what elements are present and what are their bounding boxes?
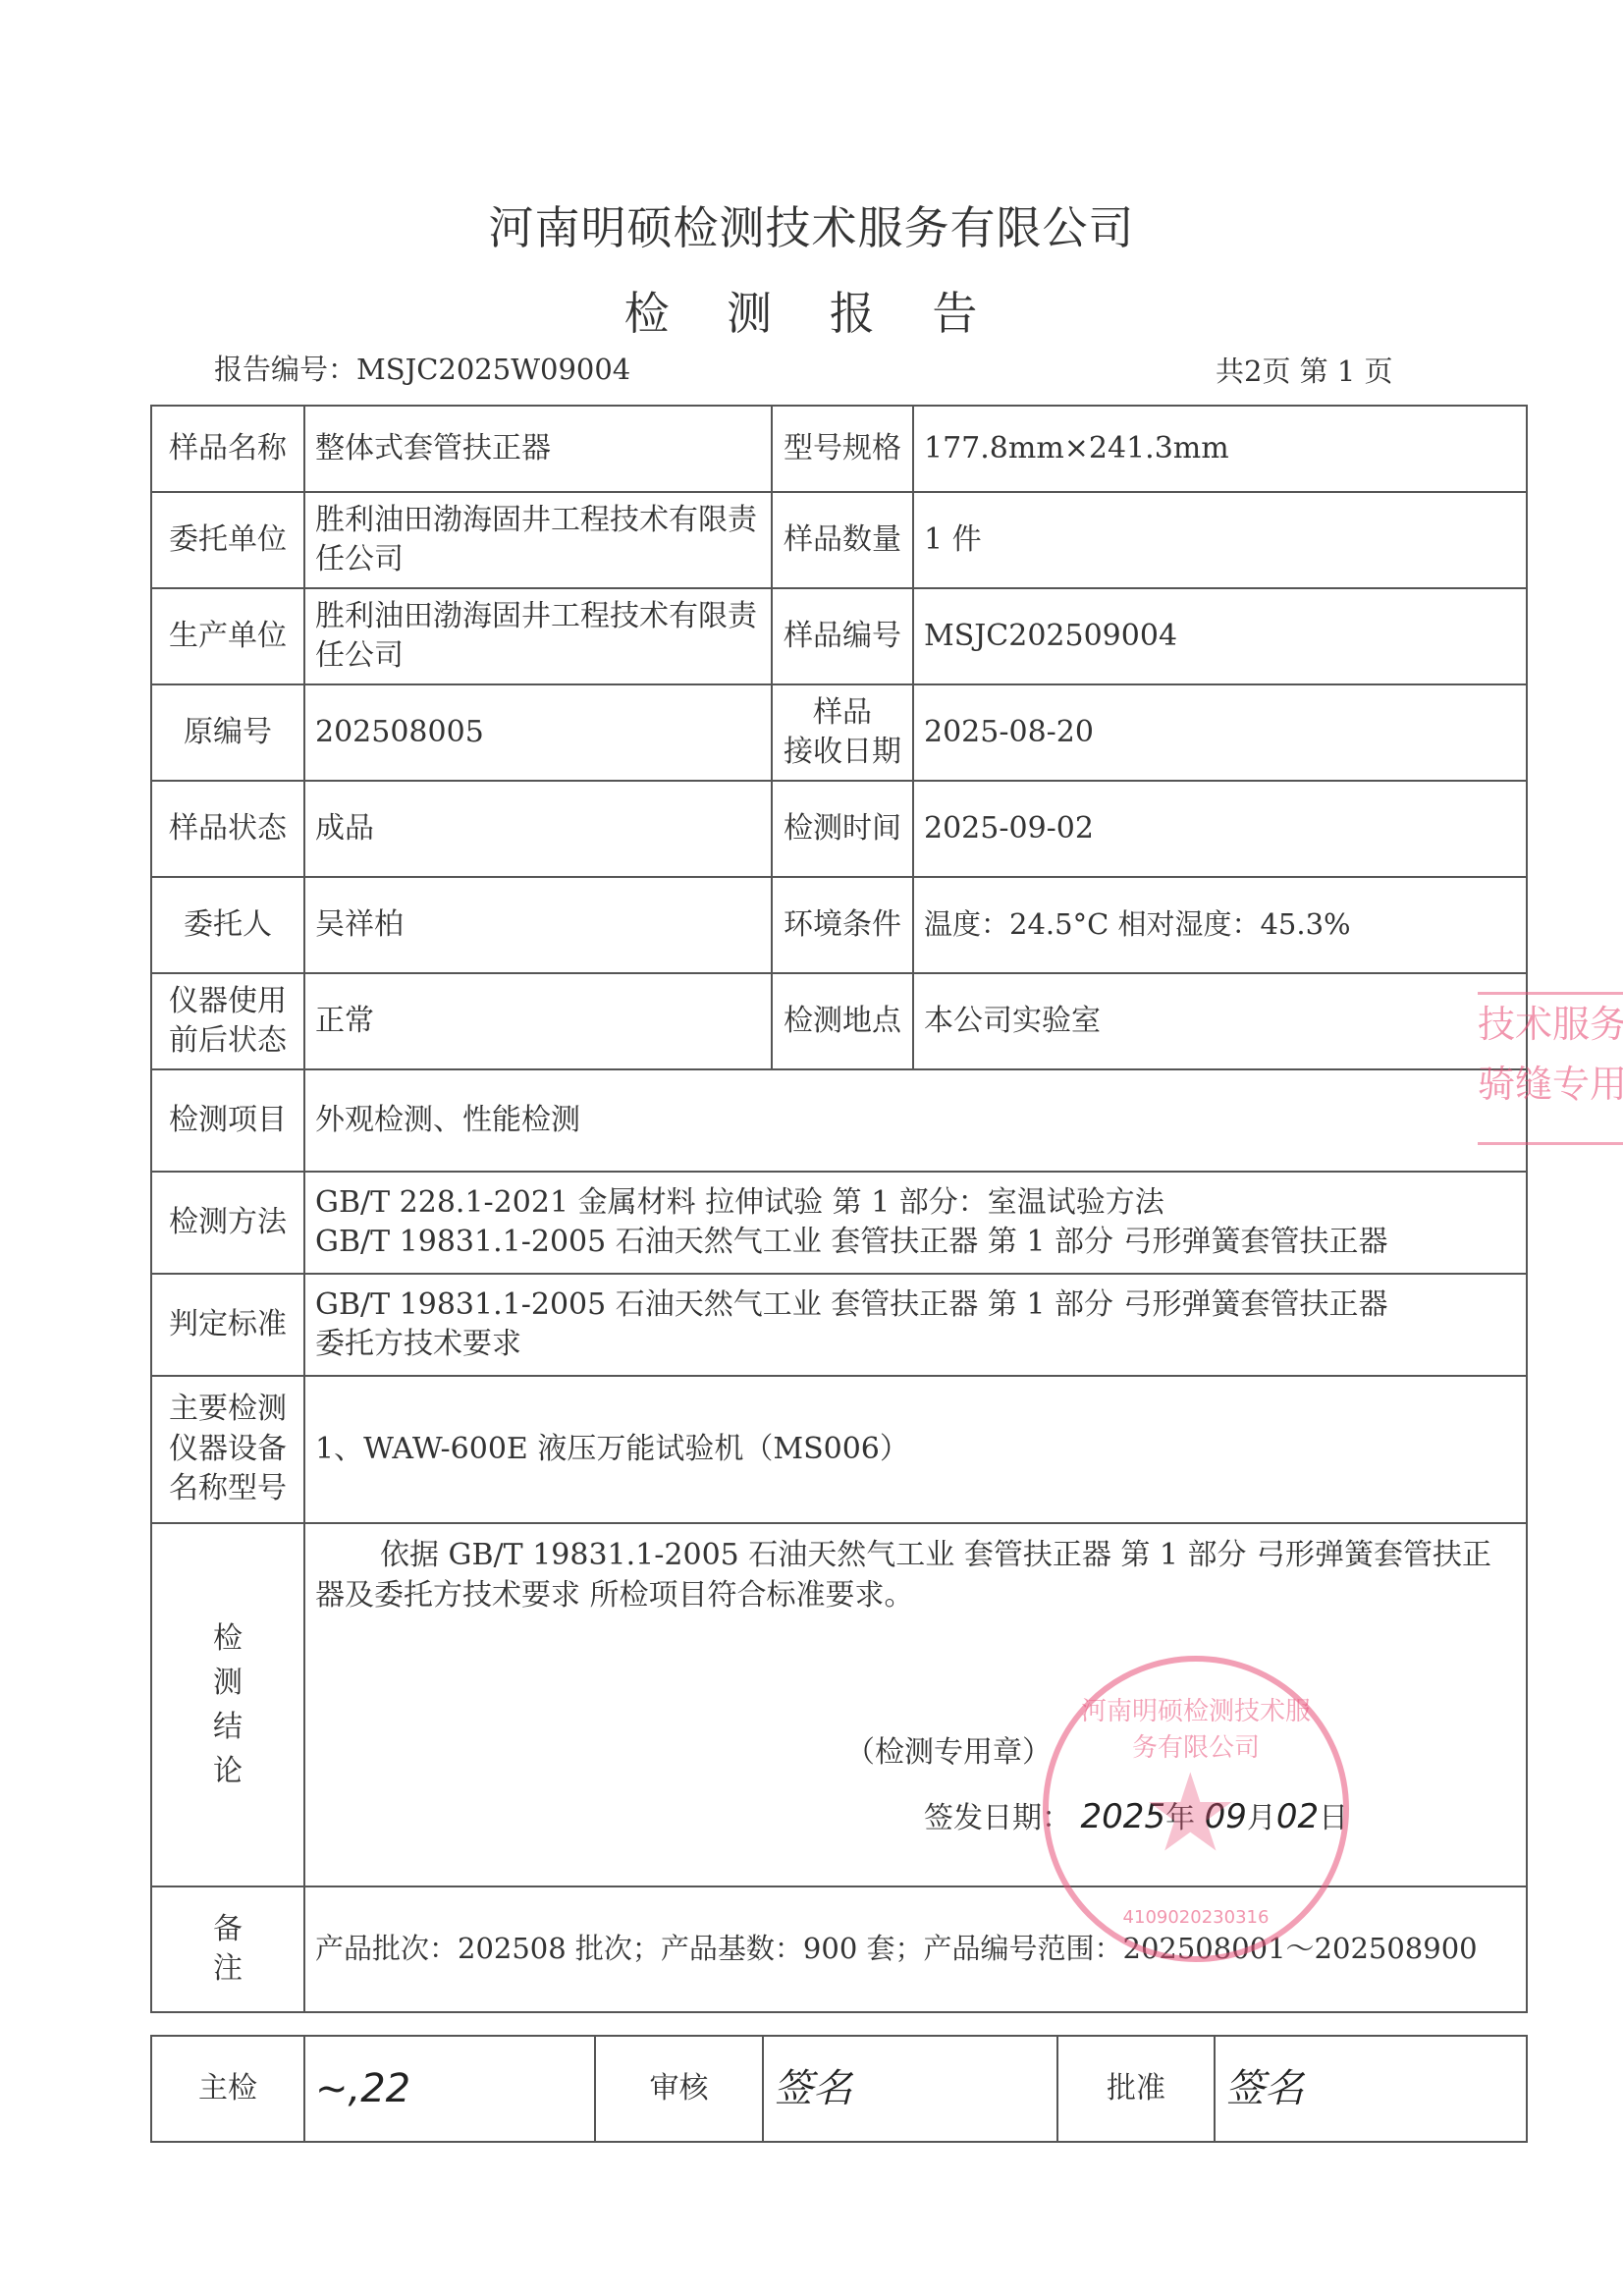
- label-test-items: 检测项目: [151, 1069, 304, 1172]
- label-sample-no: 样品编号: [772, 588, 913, 684]
- row-remarks: 备 注 产品批次：202508 批次；产品基数：900 套；产品编号范围：202…: [151, 1886, 1527, 2012]
- label-test-time: 检测时间: [772, 781, 913, 877]
- value-conclusion: 依据 GB/T 19831.1-2005 石油天然气工业 套管扶正器 第 1 部…: [304, 1523, 1527, 1886]
- label-remarks: 备 注: [151, 1886, 304, 2012]
- reviewer-signature-ink: 签名: [774, 2066, 852, 2111]
- row-test-items: 检测项目 外观检测、性能检测: [151, 1069, 1527, 1172]
- value-main-equipment: 1、WAW-600E 液压万能试验机（MS006）: [304, 1376, 1527, 1523]
- judgment-standard-line-1: GB/T 19831.1-2005 石油天然气工业 套管扶正器 第 1 部分 弓…: [315, 1285, 1516, 1326]
- row-sample-name: 样品名称 整体式套管扶正器 型号规格 177.8mm×241.3mm: [151, 406, 1527, 492]
- label-consignor: 委托人: [151, 877, 304, 973]
- row-original-no: 原编号 202508005 样品 接收日期 2025-08-20: [151, 684, 1527, 781]
- label-sample-qty: 样品数量: [772, 492, 913, 588]
- label-conclusion-char4: 论: [213, 1749, 243, 1793]
- row-main-equipment: 主要检测 仪器设备 名称型号 1、WAW-600E 液压万能试验机（MS006）: [151, 1376, 1527, 1523]
- label-conclusion-char1: 检: [213, 1616, 243, 1661]
- value-receive-date: 2025-08-20: [913, 684, 1527, 781]
- value-sample-state: 成品: [304, 781, 772, 877]
- row-consignor: 委托人 吴祥柏 环境条件 温度：24.5°C 相对湿度：45.3%: [151, 877, 1527, 973]
- value-remarks: 产品批次：202508 批次；产品基数：900 套；产品编号范围：2025080…: [304, 1886, 1527, 2012]
- value-instrument-state: 正常: [304, 973, 772, 1069]
- label-receive-date: 样品 接收日期: [772, 684, 913, 781]
- label-approver: 批准: [1057, 2036, 1215, 2142]
- day-unit: 日: [1319, 1801, 1348, 1835]
- label-sample-name: 样品名称: [151, 406, 304, 492]
- label-remarks-char2: 注: [162, 1949, 294, 1990]
- issue-day: 02: [1276, 1797, 1319, 1836]
- reviewer-signature: 签名: [763, 2036, 1057, 2142]
- label-receive-date-line2: 接收日期: [783, 733, 902, 773]
- signature-table: 主检 ~,22 审核 签名 批准 签名: [150, 2035, 1528, 2143]
- approver-signature: 签名: [1215, 2036, 1527, 2142]
- issue-date: 签发日期： 2025年 09月02日: [315, 1795, 1516, 1840]
- issue-date-label: 签发日期：: [924, 1801, 1071, 1835]
- value-manufacturer: 胜利油田渤海固井工程技术有限责任公司: [304, 588, 772, 684]
- page-info: 共2页 第 1 页: [1216, 350, 1393, 390]
- label-conclusion-char2: 测: [213, 1661, 243, 1705]
- label-main-equipment-line1: 主要检测: [162, 1390, 294, 1430]
- row-instrument-state: 仪器使用 前后状态 正常 检测地点 本公司实验室: [151, 973, 1527, 1069]
- label-remarks-char1: 备: [162, 1910, 294, 1950]
- issue-month: 09: [1205, 1797, 1247, 1836]
- stamp-note: （检测专用章）: [315, 1733, 1516, 1774]
- value-test-method: GB/T 228.1-2021 金属材料 拉伸试验 第 1 部分：室温试验方法 …: [304, 1172, 1527, 1274]
- value-judgment-standard: GB/T 19831.1-2005 石油天然气工业 套管扶正器 第 1 部分 弓…: [304, 1274, 1527, 1376]
- label-environment: 环境条件: [772, 877, 913, 973]
- report-table: 样品名称 整体式套管扶正器 型号规格 177.8mm×241.3mm 委托单位 …: [150, 405, 1528, 2013]
- inspector-signature: ~,22: [304, 2036, 595, 2142]
- issue-year: 2025: [1081, 1797, 1166, 1836]
- year-unit: 年: [1165, 1801, 1195, 1835]
- label-inspector: 主检: [151, 2036, 304, 2142]
- row-signatures: 主检 ~,22 审核 签名 批准 签名: [151, 2036, 1527, 2142]
- value-test-location: 本公司实验室: [913, 973, 1527, 1069]
- label-main-equipment: 主要检测 仪器设备 名称型号: [151, 1376, 304, 1523]
- label-test-location: 检测地点: [772, 973, 913, 1069]
- row-manufacturer: 生产单位 胜利油田渤海固井工程技术有限责任公司 样品编号 MSJC2025090…: [151, 588, 1527, 684]
- value-client: 胜利油田渤海固井工程技术有限责任公司: [304, 492, 772, 588]
- label-conclusion-char3: 结: [213, 1705, 243, 1749]
- judgment-standard-line-2: 委托方技术要求: [315, 1325, 1516, 1365]
- value-sample-no: MSJC202509004: [913, 588, 1527, 684]
- value-model-spec: 177.8mm×241.3mm: [913, 406, 1527, 492]
- month-unit: 月: [1247, 1801, 1276, 1835]
- label-original-no: 原编号: [151, 684, 304, 781]
- value-test-items: 外观检测、性能检测: [304, 1069, 1527, 1172]
- value-sample-name: 整体式套管扶正器: [304, 406, 772, 492]
- value-consignor: 吴祥柏: [304, 877, 772, 973]
- label-client: 委托单位: [151, 492, 304, 588]
- value-test-time: 2025-09-02: [913, 781, 1527, 877]
- report-title: 检 测 报 告: [0, 278, 1623, 343]
- row-test-method: 检测方法 GB/T 228.1-2021 金属材料 拉伸试验 第 1 部分：室温…: [151, 1172, 1527, 1274]
- label-sample-state: 样品状态: [151, 781, 304, 877]
- report-number-label: 报告编号：: [214, 353, 356, 386]
- label-instrument-state: 仪器使用 前后状态: [151, 973, 304, 1069]
- label-instrument-state-line1: 仪器使用: [162, 982, 294, 1022]
- row-conclusion: 检 测 结 论 依据 GB/T 19831.1-2005 石油天然气工业 套管扶…: [151, 1523, 1527, 1886]
- approver-signature-ink: 签名: [1225, 2066, 1304, 2111]
- test-method-line-2: GB/T 19831.1-2005 石油天然气工业 套管扶正器 第 1 部分 弓…: [315, 1223, 1516, 1263]
- test-method-line-1: GB/T 228.1-2021 金属材料 拉伸试验 第 1 部分：室温试验方法: [315, 1183, 1516, 1224]
- report-number: 报告编号：MSJC2025W09004: [214, 348, 630, 388]
- report-number-value: MSJC2025W09004: [356, 353, 630, 386]
- label-instrument-state-line2: 前后状态: [162, 1021, 294, 1062]
- label-conclusion: 检 测 结 论: [151, 1523, 304, 1886]
- row-sample-state: 样品状态 成品 检测时间 2025-09-02: [151, 781, 1527, 877]
- label-main-equipment-line3: 名称型号: [162, 1469, 294, 1509]
- value-original-no: 202508005: [304, 684, 772, 781]
- label-model-spec: 型号规格: [772, 406, 913, 492]
- value-sample-qty: 1 件: [913, 492, 1527, 588]
- label-receive-date-line1: 样品: [783, 693, 902, 734]
- label-reviewer: 审核: [595, 2036, 763, 2142]
- label-judgment-standard: 判定标准: [151, 1274, 304, 1376]
- inspector-signature-ink: ~,22: [315, 2066, 410, 2111]
- label-main-equipment-line2: 仪器设备: [162, 1430, 294, 1470]
- label-manufacturer: 生产单位: [151, 588, 304, 684]
- value-environment: 温度：24.5°C 相对湿度：45.3%: [913, 877, 1527, 973]
- label-test-method: 检测方法: [151, 1172, 304, 1274]
- row-judgment-standard: 判定标准 GB/T 19831.1-2005 石油天然气工业 套管扶正器 第 1…: [151, 1274, 1527, 1376]
- row-client: 委托单位 胜利油田渤海固井工程技术有限责任公司 样品数量 1 件: [151, 492, 1527, 588]
- company-title: 河南明硕检测技术服务有限公司: [0, 192, 1623, 257]
- conclusion-text: 依据 GB/T 19831.1-2005 石油天然气工业 套管扶正器 第 1 部…: [315, 1528, 1516, 1615]
